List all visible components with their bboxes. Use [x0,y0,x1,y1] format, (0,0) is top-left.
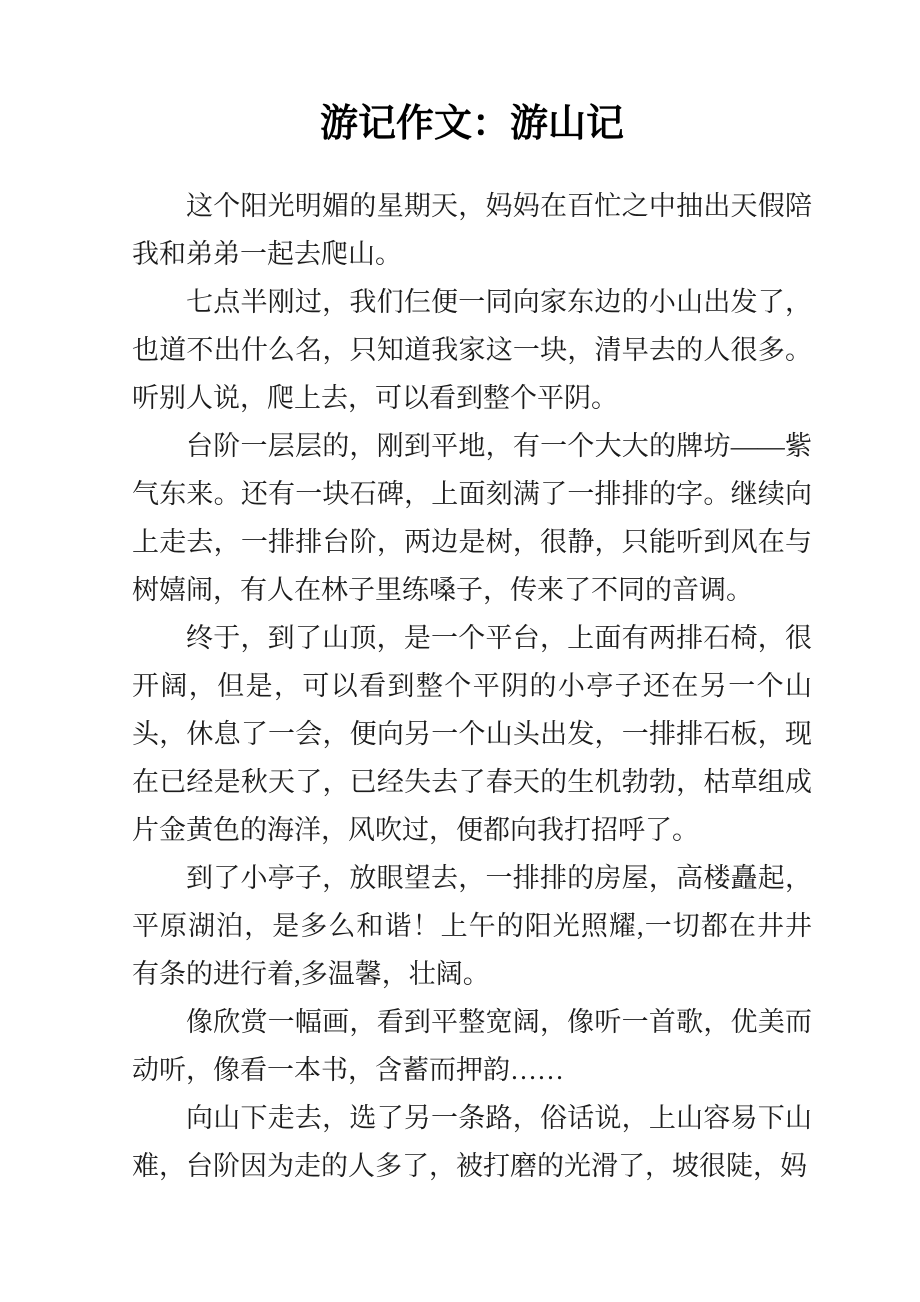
paragraph-6: 像欣赏一幅画，看到平整宽阔，像听一首歌，优美而动听，像看一本书，含蓄而押韵…… [132,998,812,1094]
paragraph-7: 向山下走去，选了另一条路，俗话说，上山容易下山难，台阶因为走的人多了，被打磨的光… [132,1094,812,1190]
paragraph-1: 这个阳光明媚的星期天，妈妈在百忙之中抽出天假陪我和弟弟一起去爬山。 [132,182,812,278]
document-page: 游记作文：游山记 这个阳光明媚的星期天，妈妈在百忙之中抽出天假陪我和弟弟一起去爬… [0,0,920,1302]
paragraph-2: 七点半刚过，我们仨便一同向家东边的小山出发了，也道不出什么名，只知道我家这一块，… [132,278,812,422]
paragraph-5: 到了小亭子，放眼望去，一排排的房屋，高楼矗起，平原湖泊，是多么和谐！上午的阳光照… [132,854,812,998]
paragraph-3: 台阶一层层的，刚到平地，有一个大大的牌坊——紫气东来。还有一块石碑，上面刻满了一… [132,422,812,614]
document-title: 游记作文：游山记 [132,96,812,152]
paragraph-4: 终于，到了山顶，是一个平台，上面有两排石椅，很开阔，但是，可以看到整个平阴的小亭… [132,614,812,854]
